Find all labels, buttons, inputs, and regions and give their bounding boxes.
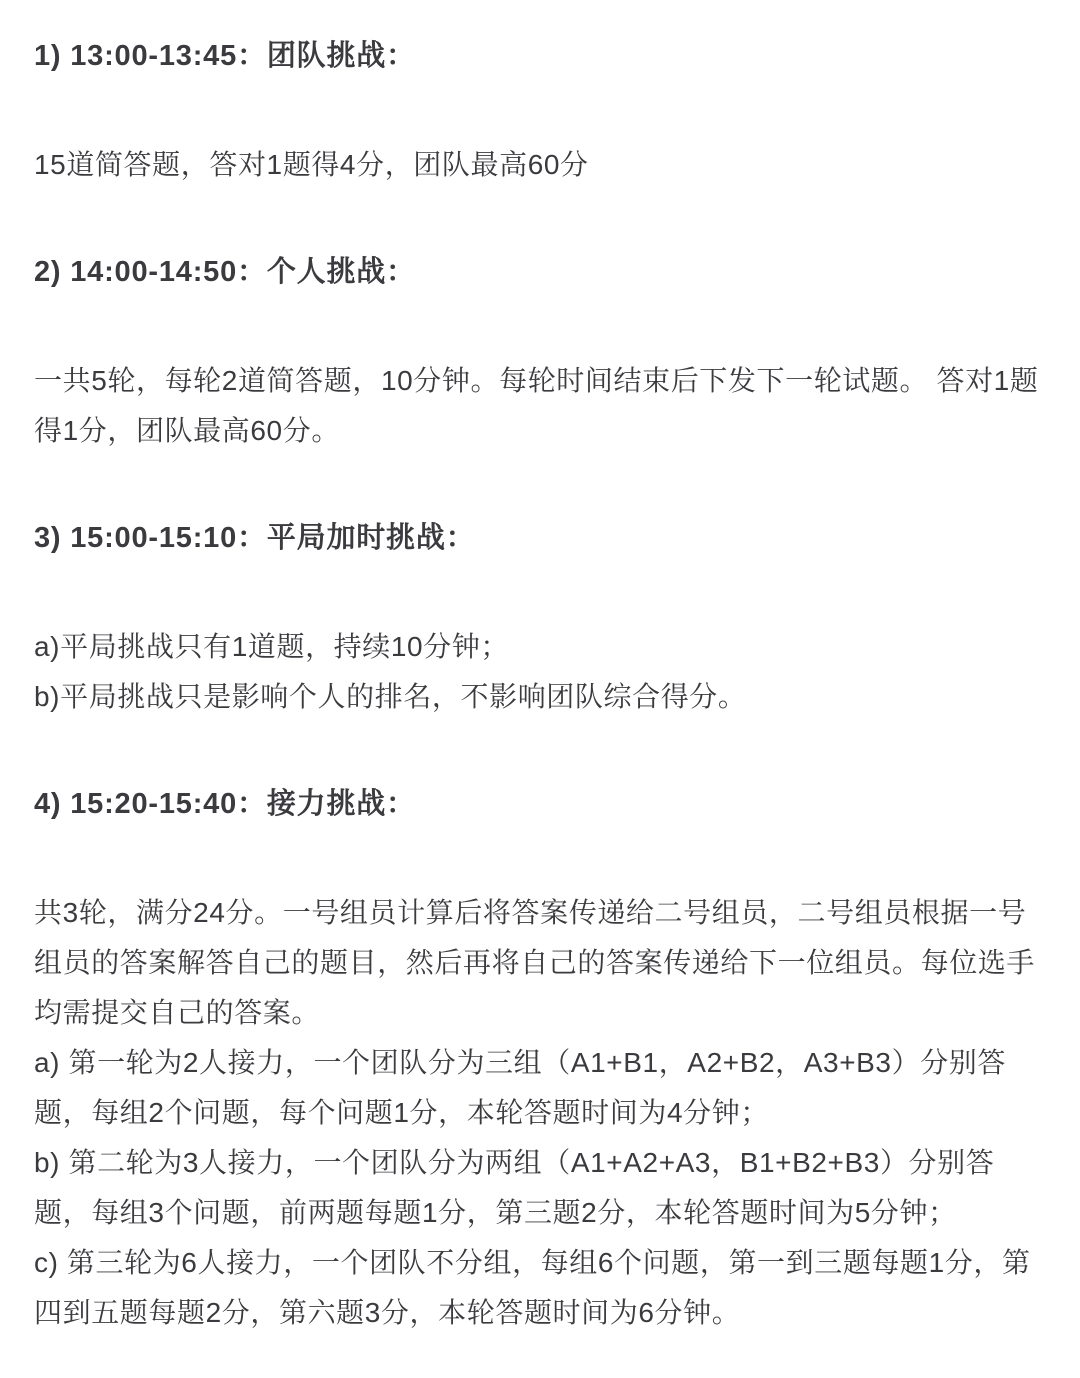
paragraph-tiebreak-rule-b: b)平局挑战只是影响个人的排名，不影响团队综合得分。 <box>34 672 1046 722</box>
paragraph-individual-challenge-rules: 一共5轮，每轮2道简答题，10分钟。每轮时间结束后下发下一轮试题。 答对1题得1… <box>34 356 1046 456</box>
paragraph-relay-round-b: b) 第二轮为3人接力，一个团队分为两组（A1+A2+A3，B1+B2+B3）分… <box>34 1138 1046 1238</box>
paragraph-team-challenge-rules: 15道简答题，答对1题得4分，团队最高60分 <box>34 140 1046 190</box>
section-heading-team-challenge: 1) 13:00-13:45：团队挑战： <box>34 36 1046 76</box>
paragraph-relay-round-a: a) 第一轮为2人接力，一个团队分为三组（A1+B1，A2+B2，A3+B3）分… <box>34 1038 1046 1138</box>
section-heading-individual-challenge: 2) 14:00-14:50：个人挑战： <box>34 252 1046 292</box>
section-team-challenge: 1) 13:00-13:45：团队挑战： 15道简答题，答对1题得4分，团队最高… <box>34 36 1046 190</box>
paragraph-tiebreak-rule-a: a)平局挑战只有1道题，持续10分钟； <box>34 622 1046 672</box>
section-relay-challenge: 4) 15:20-15:40：接力挑战： 共3轮，满分24分。一号组员计算后将答… <box>34 784 1046 1338</box>
section-individual-challenge: 2) 14:00-14:50：个人挑战： 一共5轮，每轮2道简答题，10分钟。每… <box>34 252 1046 456</box>
document-page: 1) 13:00-13:45：团队挑战： 15道简答题，答对1题得4分，团队最高… <box>0 0 1080 1378</box>
paragraph-relay-round-c: c) 第三轮为6人接力，一个团队不分组，每组6个问题，第一到三题每题1分，第四到… <box>34 1238 1046 1338</box>
section-heading-relay-challenge: 4) 15:20-15:40：接力挑战： <box>34 784 1046 824</box>
section-tiebreak-challenge: 3) 15:00-15:10：平局加时挑战： a)平局挑战只有1道题，持续10分… <box>34 518 1046 722</box>
paragraph-relay-overview: 共3轮，满分24分。一号组员计算后将答案传递给二号组员，二号组员根据一号组员的答… <box>34 888 1046 1038</box>
section-heading-tiebreak-challenge: 3) 15:00-15:10：平局加时挑战： <box>34 518 1046 558</box>
